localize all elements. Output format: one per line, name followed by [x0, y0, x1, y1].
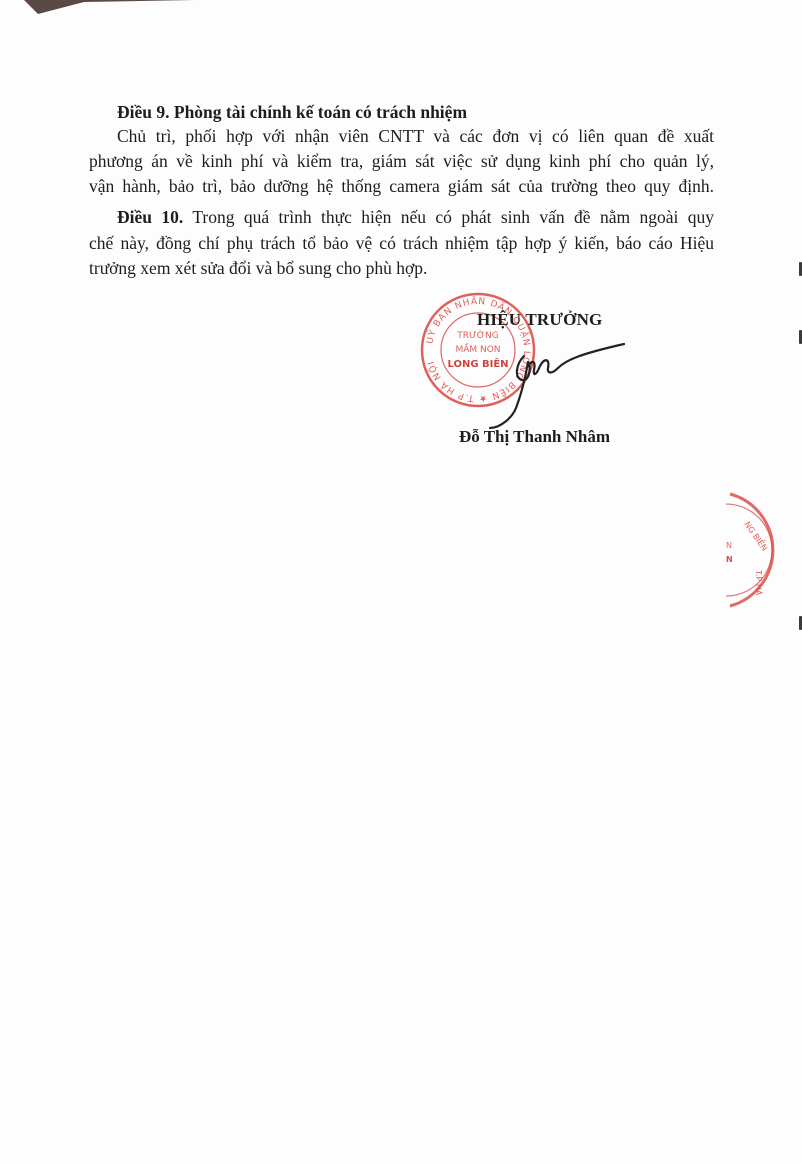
- handwritten-signature-icon: [470, 330, 630, 430]
- article-10-line-3: trưởng xem xét sửa đổi và bổ sung cho ph…: [89, 257, 427, 279]
- article-9-heading: Điều 9. Phòng tài chính kế toán có trách…: [117, 101, 467, 123]
- edge-seal-icon: NG BIÊN T.P HÀ N N: [722, 484, 802, 614]
- signer-title: HIỆU TRƯỞNG: [477, 310, 602, 330]
- article-9-line-3: vận hành, bảo trì, bảo dưỡng hệ thống ca…: [89, 175, 714, 197]
- svg-text:N: N: [726, 541, 732, 550]
- signer-name: Đỗ Thị Thanh Nhâm: [459, 427, 610, 447]
- article-10-text: Trong quá trình thực hiện nếu có phát si…: [183, 207, 714, 227]
- article-9-line-1: Chủ trì, phối hợp với nhận viên CNTT và …: [117, 125, 714, 147]
- article-9-line-2: phương án về kinh phí và kiểm tra, giám …: [89, 150, 714, 172]
- article-10-line-1: Điều 10. Trong quá trình thực hiện nếu c…: [117, 206, 714, 228]
- page-corner-fold: [24, 0, 204, 16]
- svg-text:N: N: [726, 555, 733, 564]
- document-page: Điều 9. Phòng tài chính kế toán có trách…: [0, 0, 802, 1164]
- article-10-label: Điều 10.: [117, 207, 183, 227]
- article-10-line-2: chế này, đồng chí phụ trách tổ bảo vệ có…: [89, 232, 714, 254]
- svg-text:T.P HÀ: T.P HÀ: [754, 569, 765, 596]
